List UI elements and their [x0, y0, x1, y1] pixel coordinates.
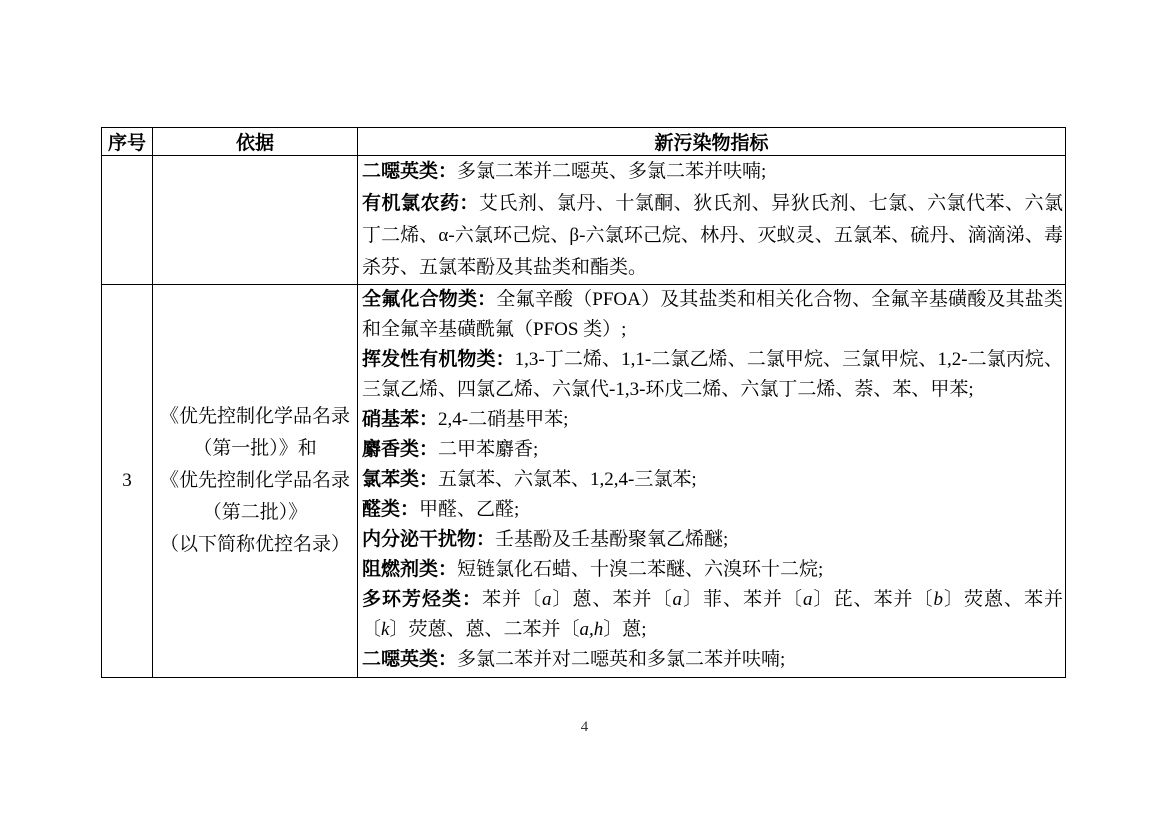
- indicator-line: 硝基苯：2,4-二硝基甲苯;: [362, 405, 1063, 435]
- table-row: 二噁英类：多氯二苯并二噁英、多氯二苯并呋喃;有机氯农药：艾氏剂、氯丹、十氯酮、狄…: [102, 156, 1066, 285]
- basis-line: （第一批）》和: [153, 433, 357, 465]
- basis-line: （以下简称优控名录）: [153, 529, 357, 561]
- indicator-line: 有机氯农药：艾氏剂、氯丹、十氯酮、狄氏剂、异狄氏剂、七氯、六氯代苯、六氯丁二烯、…: [362, 188, 1063, 284]
- category-label: 氯苯类：: [362, 469, 438, 490]
- indicator-line: 内分泌干扰物：壬基酚及壬基酚聚氧乙烯醚;: [362, 525, 1063, 555]
- indicator-line: 麝香类：二甲苯麝香;: [362, 435, 1063, 465]
- category-label: 硝基苯：: [362, 409, 438, 430]
- indicator-line: 氯苯类：五氯苯、六氯苯、1,2,4-三氯苯;: [362, 465, 1063, 495]
- indicator-line: 阻燃剂类：短链氯化石蜡、十溴二苯醚、六溴环十二烷;: [362, 555, 1063, 585]
- category-label: 麝香类：: [362, 439, 438, 460]
- indicator-line: 全氟化合物类：全氟辛酸（PFOA）及其盐类和相关化合物、全氟辛基磺酸及其盐类和全…: [362, 285, 1063, 345]
- basis-line: 《优先控制化学品名录: [153, 465, 357, 497]
- column-header: 依据: [153, 128, 358, 156]
- page-number: 4: [0, 719, 1169, 736]
- document-page: 序号依据新污染物指标 二噁英类：多氯二苯并二噁英、多氯二苯并呋喃;有机氯农药：艾…: [0, 0, 1169, 826]
- indicator-line: 醛类：甲醛、乙醛;: [362, 495, 1063, 525]
- column-header: 新污染物指标: [358, 128, 1066, 156]
- basis-line: 《优先控制化学品名录: [153, 401, 357, 433]
- category-label: 全氟化合物类：: [362, 289, 496, 310]
- category-label: 内分泌干扰物：: [362, 529, 495, 550]
- column-header: 序号: [102, 128, 153, 156]
- indicators-cell: 二噁英类：多氯二苯并二噁英、多氯二苯并呋喃;有机氯农药：艾氏剂、氯丹、十氯酮、狄…: [358, 156, 1066, 285]
- category-label: 醛类：: [362, 499, 419, 520]
- indicator-line: 二噁英类：多氯二苯并二噁英、多氯二苯并呋喃;: [362, 156, 1063, 188]
- table-body: 二噁英类：多氯二苯并二噁英、多氯二苯并呋喃;有机氯农药：艾氏剂、氯丹、十氯酮、狄…: [102, 156, 1066, 678]
- basis-cell: 《优先控制化学品名录（第一批）》和《优先控制化学品名录（第二批）》（以下简称优控…: [153, 285, 358, 678]
- basis-cell: [153, 156, 358, 285]
- indicator-line: 二噁英类：多氯二苯并对二噁英和多氯二苯并呋喃;: [362, 645, 1063, 675]
- seq-cell: [102, 156, 153, 285]
- category-label: 有机氯农药：: [362, 193, 479, 214]
- table-header-row: 序号依据新污染物指标: [102, 128, 1066, 156]
- category-label: 二噁英类：: [362, 161, 457, 182]
- pollutants-table: 序号依据新污染物指标 二噁英类：多氯二苯并二噁英、多氯二苯并呋喃;有机氯农药：艾…: [101, 127, 1066, 678]
- category-label: 多环芳烃类：: [362, 589, 482, 610]
- basis-line: （第二批）》: [153, 497, 357, 529]
- category-label: 阻燃剂类：: [362, 559, 457, 580]
- indicator-line: 挥发性有机物类：1,3-丁二烯、1,1-二氯乙烯、二氯甲烷、三氯甲烷、1,2-二…: [362, 345, 1063, 405]
- indicators-cell: 全氟化合物类：全氟辛酸（PFOA）及其盐类和相关化合物、全氟辛基磺酸及其盐类和全…: [358, 285, 1066, 678]
- seq-cell: 3: [102, 285, 153, 678]
- category-label: 挥发性有机物类：: [362, 349, 515, 370]
- table-row: 3《优先控制化学品名录（第一批）》和《优先控制化学品名录（第二批）》（以下简称优…: [102, 285, 1066, 678]
- indicator-line: 多环芳烃类：苯并〔a〕蒽、苯并〔a〕菲、苯并〔a〕芘、苯并〔b〕荧蒽、苯并〔k〕…: [362, 585, 1063, 645]
- category-label: 二噁英类：: [362, 649, 457, 670]
